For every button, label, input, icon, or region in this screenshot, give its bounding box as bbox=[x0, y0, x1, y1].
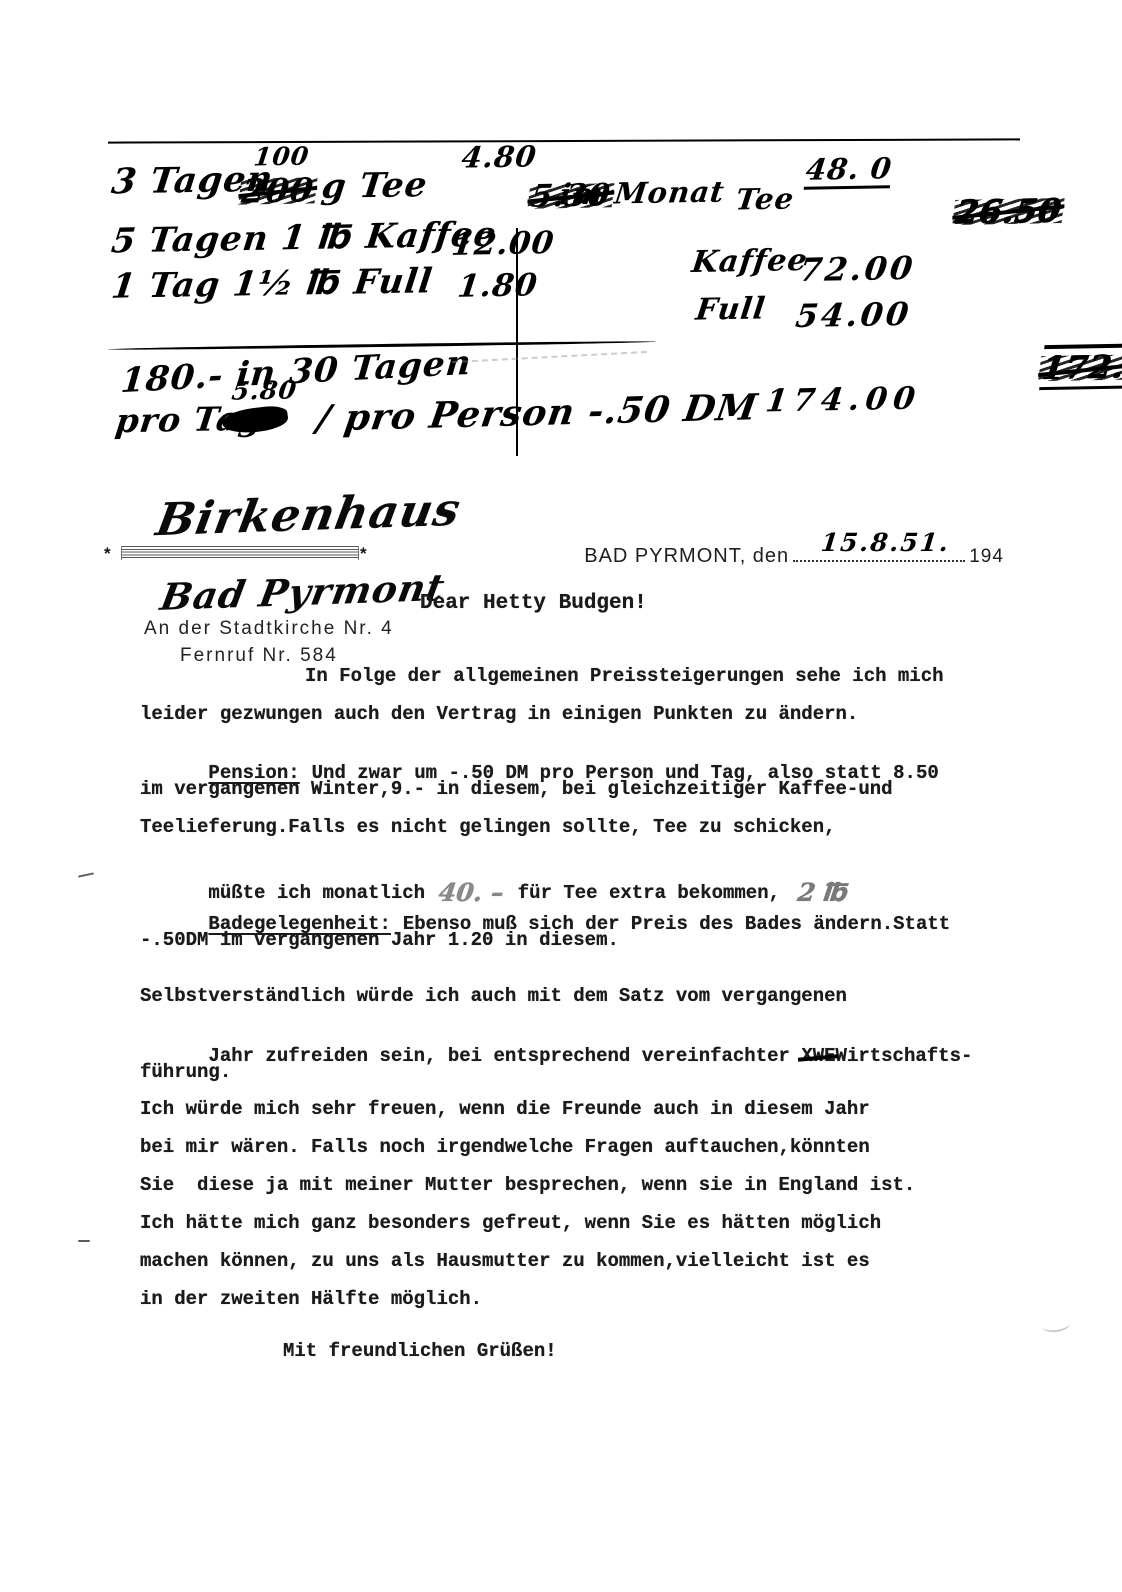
note-month-tee-corrected: 48. 0 bbox=[804, 151, 894, 189]
closing: Mit freundlichen Grüßen! bbox=[283, 1340, 557, 1362]
body-line: Jahr zufreiden sein, bei entsprechend ve… bbox=[140, 1023, 972, 1089]
body-line: Ich würde mich sehr freuen, wenn die Fre… bbox=[140, 1098, 870, 1120]
note-row1-correction: 100 bbox=[252, 142, 311, 172]
staff-left-asterisk: * bbox=[104, 544, 111, 564]
note-perperson: / pro Person -.50 DM bbox=[314, 386, 761, 439]
staff-right-asterisk: * bbox=[360, 544, 367, 564]
overtyped-correction: XWE bbox=[801, 1045, 835, 1067]
body-line: Selbstverständlich würde ich auch mit de… bbox=[140, 985, 847, 1007]
letterhead-city: Bad Pyrmont bbox=[157, 565, 448, 619]
dateline-dotted-rule: 15.8.51. bbox=[793, 540, 965, 562]
letterhead-name: Birkenhaus bbox=[152, 483, 465, 546]
dateline-year: 194 bbox=[969, 546, 1004, 567]
body-line: führung. bbox=[140, 1061, 231, 1083]
scan-artifact-swirl bbox=[1041, 1316, 1071, 1334]
salutation: Dear Hetty Budgen! bbox=[420, 592, 647, 615]
margin-mark bbox=[78, 872, 94, 877]
body-line: -.50DM im vergangenen Jahr 1.20 in diese… bbox=[140, 929, 619, 951]
scanned-letter-page: 3 Tagen 100 200 g Tee 4.80 5.30 im Monat… bbox=[0, 0, 1122, 1592]
note-row1-amount-corrected: 4.80 bbox=[460, 139, 539, 174]
note-row3-label: 1 Tag 1½ ℔ Full bbox=[109, 261, 435, 307]
note-month-full-amount: 54.00 bbox=[794, 295, 914, 335]
note-month-kaffee-amount: 72.00 bbox=[798, 249, 918, 289]
letterhead-address: An der Stadtkirche Nr. 4 bbox=[144, 618, 394, 640]
note-month-tee-label: Tee bbox=[734, 181, 796, 216]
body-line: In Folge der allgemeinen Preissteigerung… bbox=[305, 665, 944, 687]
note-total-struck: 172.80 bbox=[1039, 343, 1122, 390]
body-line: im vergangenen Winter,9.- in diesem, bei… bbox=[140, 778, 893, 800]
body-line: Ich hätte mich ganz besonders gefreut, w… bbox=[140, 1212, 881, 1234]
staff-lines-ornament bbox=[121, 546, 359, 560]
dateline: BAD PYRMONT, den15.8.51.194 bbox=[558, 517, 1004, 591]
note-month-full-label: Full bbox=[694, 291, 768, 327]
top-rule-line bbox=[108, 138, 1020, 143]
body-line: Teelieferung.Falls es nicht gelingen sol… bbox=[140, 816, 836, 838]
body-line: in der zweiten Hälfte möglich. bbox=[140, 1288, 482, 1310]
note-month-label: im Monat bbox=[558, 175, 727, 212]
body-line: Sie diese ja mit meiner Mutter bespreche… bbox=[140, 1174, 915, 1196]
margin-mark bbox=[78, 1240, 90, 1242]
handwritten-notes: 3 Tagen 100 200 g Tee 4.80 5.30 im Monat… bbox=[0, 0, 1122, 45]
body-line: machen können, zu uns als Hausmutter zu … bbox=[140, 1250, 870, 1272]
faint-pencil-scribble bbox=[452, 351, 647, 363]
note-month-kaffee-label: Kaffee bbox=[690, 243, 810, 280]
note-month-tee-struck: 26.50 bbox=[954, 191, 1064, 231]
body-text: Jahr zufreiden sein, bei entsprechend ve… bbox=[208, 1045, 801, 1067]
note-row3-amount: 1.80 bbox=[456, 267, 540, 304]
note-perday-corrected: 5.80 bbox=[230, 375, 299, 405]
note-row1-item: g Tee bbox=[319, 165, 429, 207]
body-text: Wirtschafts- bbox=[836, 1045, 973, 1067]
note-total-corrected: 174.00 bbox=[764, 381, 923, 420]
dateline-place: BAD PYRMONT, den bbox=[584, 545, 789, 567]
note-row2-amount: 12.00 bbox=[450, 225, 557, 263]
body-line: bei mir wären. Falls noch irgendwelche F… bbox=[140, 1136, 870, 1158]
note-row1-struck-qty: 200 bbox=[240, 170, 317, 210]
body-line: leider gezwungen auch den Vertrag in ein… bbox=[140, 703, 858, 725]
date-handwritten: 15.8.51. bbox=[820, 528, 952, 557]
letterhead-phone: Fernruf Nr. 584 bbox=[180, 645, 338, 667]
note-row2-label: 5 Tagen 1 ℔ Kaffee bbox=[109, 215, 499, 262]
